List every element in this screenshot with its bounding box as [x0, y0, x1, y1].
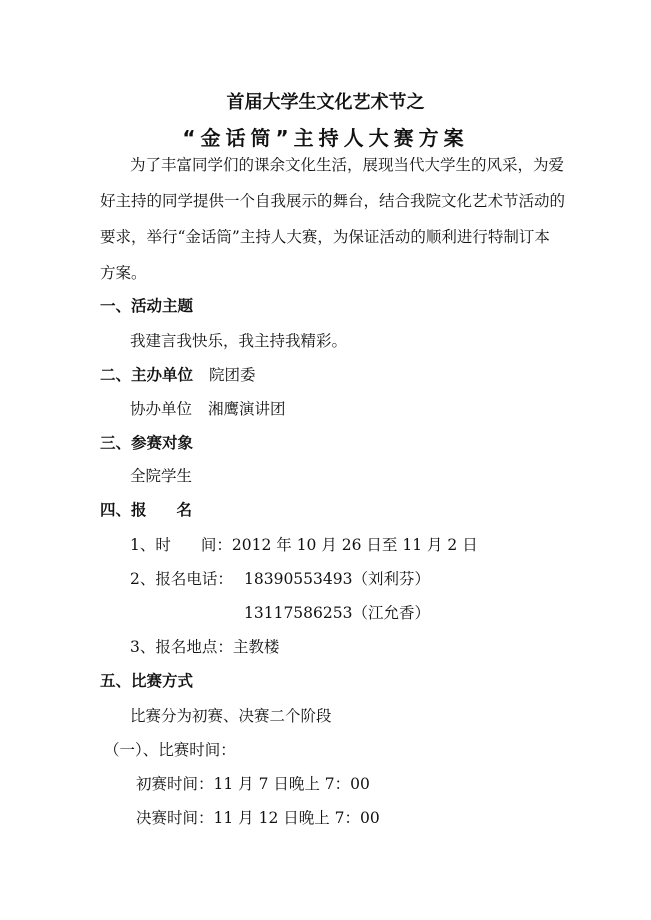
registration-time: 1、时间：2012 年 10 月 26 日至 11 月 2 日 — [130, 535, 478, 555]
heading-part-b: 名 — [177, 501, 193, 519]
co-organizer-value: 湘鹰演讲团 — [208, 400, 286, 418]
heading-part-a: 四、报 — [100, 501, 147, 519]
section-heading-participants: 三、参赛对象 — [100, 433, 193, 453]
section-heading-format: 五、比赛方式 — [100, 671, 193, 691]
doc-title-line2: “金话筒”主持人大赛方案 — [0, 122, 651, 151]
intro-line-4: 方案。 — [100, 263, 147, 283]
competition-time-subheading: （一）、比赛时间： — [104, 740, 236, 760]
section-heading-organizer: 二、主办单位 — [100, 366, 193, 384]
phone-1: 18390553493（刘利芬） — [244, 569, 430, 589]
section-heading-theme: 一、活动主题 — [100, 296, 193, 316]
section-heading-registration: 四、报名 — [100, 500, 192, 520]
time-label-a: 1、时 — [130, 536, 171, 554]
participants-text: 全院学生 — [130, 466, 192, 486]
organizer-row: 二、主办单位院团委 — [100, 365, 256, 385]
final-time: 决赛时间：11 月 12 日晚上 7：00 — [136, 808, 380, 828]
registration-place: 3、报名地点：主教楼 — [130, 637, 279, 657]
phone-label: 2、报名电话： — [130, 570, 233, 588]
time-label-b: 间： — [201, 536, 232, 554]
co-organizer-row: 协办单位湘鹰演讲团 — [130, 399, 286, 419]
registration-phone: 2、报名电话： — [130, 569, 233, 589]
phone-2: 13117586253（江允香） — [244, 603, 430, 623]
co-organizer-label: 协办单位 — [130, 400, 192, 418]
intro-line-2: 好主持的同学提供一个自我展示的舞台，结合我院文化艺术节活动的 — [100, 191, 565, 211]
intro-line-3: 要求，举行“金话筒”主持人大赛，为保证活动的顺利进行特制订本 — [100, 227, 550, 247]
intro-line-1: 为了丰富同学们的课余文化生活，展现当代大学生的风采，为爱 — [130, 155, 564, 175]
doc-title-line1: 首届大学生文化艺术节之 — [0, 88, 651, 114]
time-value: 2012 年 10 月 26 日至 11 月 2 日 — [232, 536, 478, 554]
theme-text: 我建言我快乐，我主持我精彩。 — [130, 331, 347, 351]
organizer-value: 院团委 — [209, 366, 256, 384]
prelim-time: 初赛时间：11 月 7 日晚上 7：00 — [136, 774, 370, 794]
format-text: 比赛分为初赛、决赛二个阶段 — [130, 706, 332, 726]
